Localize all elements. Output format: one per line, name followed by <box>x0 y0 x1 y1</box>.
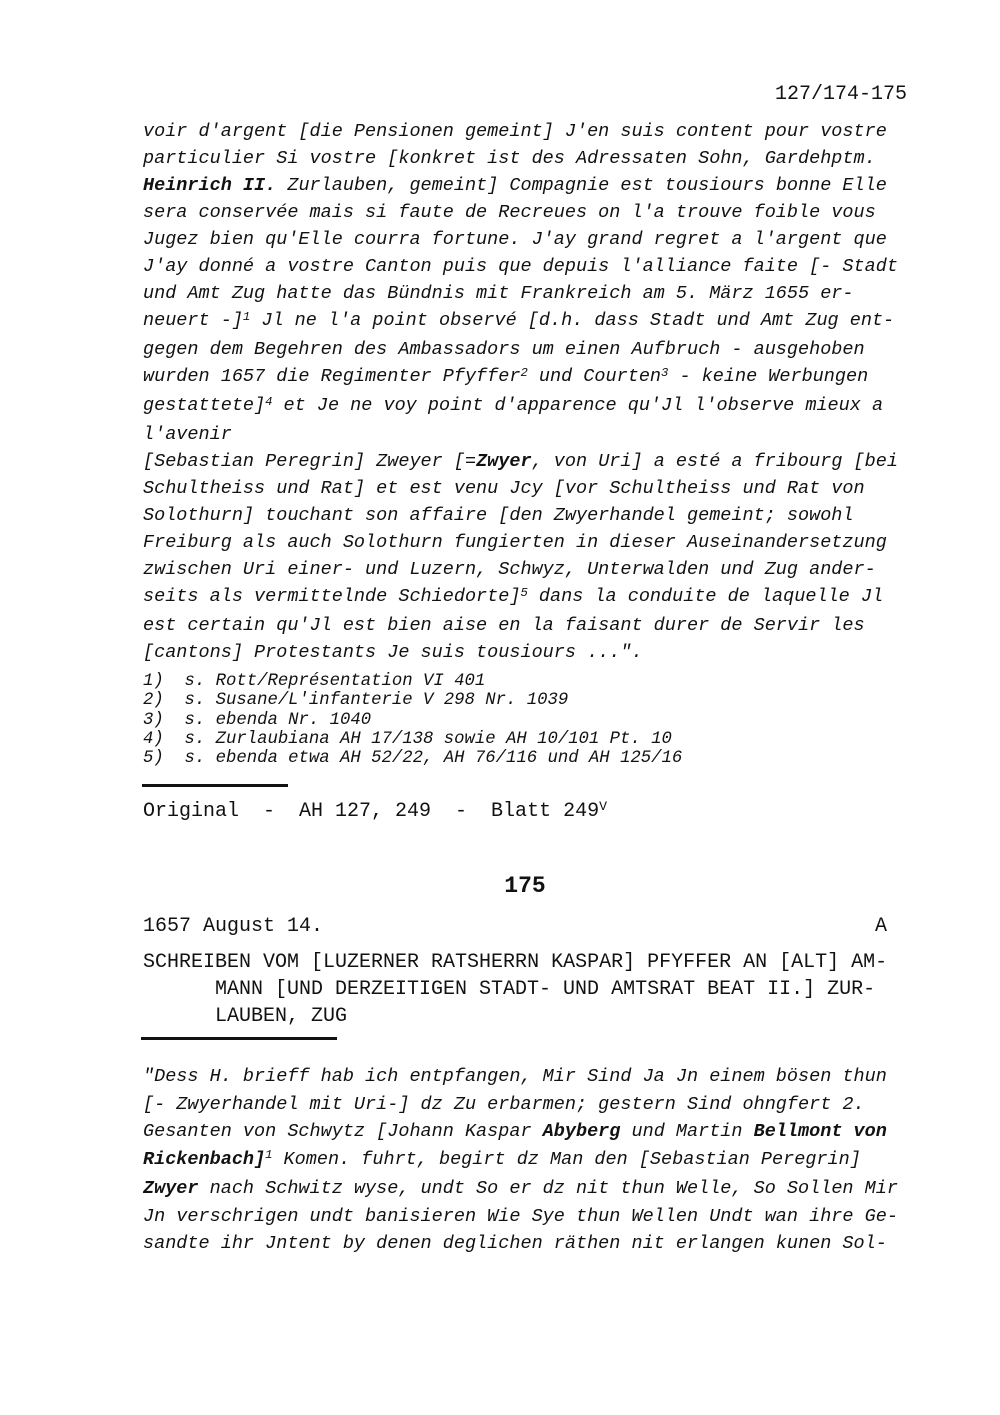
text-segment: Zwyer <box>476 451 532 472</box>
footnote-separator-rule <box>142 784 288 787</box>
text-segment: [- Zwyerhandel mit Uri-] dz Zu erbarmen;… <box>143 1094 865 1115</box>
text-segment: voir d'argent [die Pensionen gemeint] J'… <box>143 121 887 142</box>
entry-title-line: LAUBEN, ZUG <box>143 1003 887 1030</box>
footnote-ref: 1 <box>243 310 250 324</box>
text-segment: , von Uri] a esté a fribourg [bei <box>532 451 898 472</box>
quote-line: "Dess H. brieff hab ich entpfangen, Mir … <box>143 1063 898 1091</box>
footnote-ref: 2 <box>520 366 527 380</box>
entry-date-row: 1657 August 14. A <box>143 915 887 939</box>
text-segment: neuert -] <box>143 310 243 331</box>
text-segment: Komen. fuhrt, begirt dz Man den [Sebasti… <box>272 1149 860 1170</box>
text-segment: [Sebastian Peregrin] Zweyer [= <box>143 451 476 472</box>
text-segment: dans la conduite de laquelle Jl <box>528 586 883 607</box>
document-page: 127/174-175 voir d'argent [die Pensionen… <box>0 0 1000 1415</box>
text-segment: est certain qu'Jl est bien aise en la fa… <box>143 615 865 636</box>
body-line: est certain qu'Jl est bien aise en la fa… <box>143 612 898 639</box>
body-line: particulier Si vostre [konkret ist des A… <box>143 145 898 172</box>
text-segment: - keine Werbungen <box>668 366 868 387</box>
text-segment: Freiburg als auch Solothurn fungierten i… <box>143 532 887 553</box>
entry-title-line: MANN [UND DERZEITIGEN STADT- UND AMTSRAT… <box>143 976 887 1003</box>
text-segment: 2) s. Susane/L'infanterie V 298 Nr. 1039 <box>143 691 568 710</box>
body-line: J'ay donné a vostre Canton puis que depu… <box>143 253 898 280</box>
quote-line: Rickenbach]1 Komen. fuhrt, begirt dz Man… <box>143 1146 898 1176</box>
text-segment: Abyberg <box>543 1121 621 1142</box>
text-segment: und Amt Zug hatte das Bündnis mit Frankr… <box>143 283 854 304</box>
body-line: Heinrich II. Zurlauben, gemeint] Compagn… <box>143 172 898 199</box>
text-segment: und Martin <box>620 1121 753 1142</box>
text-segment: sandte ihr Jntent by denen deglichen rät… <box>143 1233 887 1254</box>
text-segment: Gesanten von Schwytz [Johann Kaspar <box>143 1121 543 1142</box>
entry-series-marker: A <box>875 915 887 939</box>
body-line: gegen dem Begehren des Ambassadors um ei… <box>143 336 898 363</box>
entry-title-line: SCHREIBEN VOM [LUZERNER RATSHERRN KASPAR… <box>143 949 887 976</box>
text-segment: gestattete] <box>143 395 265 416</box>
text-segment: 1) s. Rott/Représentation VI 401 <box>143 672 485 691</box>
entry-number: 175 <box>143 874 907 898</box>
letter-174-footnotes: 1) s. Rott/Représentation VI 4012) s. Su… <box>143 672 682 768</box>
text-segment: 4) s. Zurlaubiana AH 17/138 sowie AH 10/… <box>143 730 672 749</box>
quote-line: sandte ihr Jntent by denen deglichen rät… <box>143 1230 898 1258</box>
text-segment: MANN [UND DERZEITIGEN STADT- UND AMTSRAT… <box>215 978 875 1001</box>
page-header-folio: 127/174-175 <box>775 85 907 105</box>
footnote-ref: 5 <box>520 586 527 600</box>
body-line: sera conservée mais si faute de Recreues… <box>143 199 898 226</box>
text-segment: nach Schwitz wyse, undt So er dz nit thu… <box>199 1178 898 1199</box>
text-segment: Zwyer <box>143 1178 199 1199</box>
footnote-ref: V <box>599 799 607 814</box>
text-segment: wurden 1657 die Regimenter Pfyffer <box>143 366 520 387</box>
text-segment: Jugez bien qu'Elle courra fortune. J'ay … <box>143 229 887 250</box>
body-line: voir d'argent [die Pensionen gemeint] J'… <box>143 118 898 145</box>
body-line: wurden 1657 die Regimenter Pfyffer2 und … <box>143 363 898 392</box>
letter-174-body: voir d'argent [die Pensionen gemeint] J'… <box>143 118 898 666</box>
text-segment: 5) s. ebenda etwa AH 52/22, AH 76/116 un… <box>143 749 682 768</box>
body-line: zwischen Uri einer- und Luzern, Schwyz, … <box>143 556 898 583</box>
footnote-ref: 4 <box>265 395 272 409</box>
quote-line: Jn verschrigen undt banisieren Wie Sye t… <box>143 1203 898 1231</box>
body-line: und Amt Zug hatte das Bündnis mit Frankr… <box>143 280 898 307</box>
footnote-line: 2) s. Susane/L'infanterie V 298 Nr. 1039 <box>143 691 682 710</box>
text-segment: sera conservée mais si faute de Recreues… <box>143 202 876 223</box>
text-segment: [cantons] Protestants Je suis tousiours … <box>143 642 643 663</box>
text-segment: Original - AH 127, 249 - Blatt 249 <box>143 800 599 823</box>
footnote-ref: 1 <box>265 1148 272 1162</box>
text-segment: Schultheiss und Rat] et est venu Jcy [vo… <box>143 478 865 499</box>
body-line: Schultheiss und Rat] et est venu Jcy [vo… <box>143 475 898 502</box>
body-line: [Sebastian Peregrin] Zweyer [=Zwyer, von… <box>143 448 898 475</box>
footnote-line: 4) s. Zurlaubiana AH 17/138 sowie AH 10/… <box>143 730 682 749</box>
entry-date: 1657 August 14. <box>143 915 323 939</box>
text-segment: LAUBEN, ZUG <box>215 1005 347 1028</box>
text-segment: particulier Si vostre [konkret ist des A… <box>143 148 876 169</box>
body-line: l'avenir <box>143 421 898 448</box>
footnote-line: 1) s. Rott/Représentation VI 401 <box>143 672 682 691</box>
body-line: gestattete]4 et Je ne voy point d'appare… <box>143 392 898 421</box>
quote-line: Zwyer nach Schwitz wyse, undt So er dz n… <box>143 1175 898 1203</box>
quote-line: Gesanten von Schwytz [Johann Kaspar Abyb… <box>143 1118 898 1146</box>
text-segment: zwischen Uri einer- und Luzern, Schwyz, … <box>143 559 876 580</box>
body-line: [cantons] Protestants Je suis tousiours … <box>143 639 898 666</box>
text-segment: "Dess H. brieff hab ich entpfangen, Mir … <box>143 1066 887 1087</box>
text-segment: und Courten <box>528 366 661 387</box>
body-line: neuert -]1 Jl ne l'a point observé [d.h.… <box>143 307 898 336</box>
text-segment: SCHREIBEN VOM [LUZERNER RATSHERRN KASPAR… <box>143 951 887 974</box>
text-segment: Rickenbach] <box>143 1149 265 1170</box>
text-segment: Jn verschrigen undt banisieren Wie Sye t… <box>143 1206 898 1227</box>
text-segment: Zurlauben, gemeint] Compagnie est tousio… <box>276 175 887 196</box>
source-line: Original - AH 127, 249 - Blatt 249V <box>143 800 607 825</box>
text-segment: et Je ne voy point d'apparence qu'Jl l'o… <box>272 395 883 416</box>
footnote-line: 3) s. ebenda Nr. 1040 <box>143 711 682 730</box>
text-segment: seits als vermittelnde Schiedorte] <box>143 586 520 607</box>
text-segment: Heinrich II. <box>143 175 276 196</box>
text-segment: Jl ne l'a point observé [d.h. dass Stadt… <box>250 310 894 331</box>
text-segment: Solothurn] touchant son affaire [den Zwy… <box>143 505 854 526</box>
quote-line: [- Zwyerhandel mit Uri-] dz Zu erbarmen;… <box>143 1091 898 1119</box>
body-line: Freiburg als auch Solothurn fungierten i… <box>143 529 898 556</box>
body-line: Jugez bien qu'Elle courra fortune. J'ay … <box>143 226 898 253</box>
body-line: Solothurn] touchant son affaire [den Zwy… <box>143 502 898 529</box>
footnote-line: 5) s. ebenda etwa AH 52/22, AH 76/116 un… <box>143 749 682 768</box>
entry-175-quote: "Dess H. brieff hab ich entpfangen, Mir … <box>143 1063 898 1258</box>
text-segment: Bellmont von <box>754 1121 887 1142</box>
body-line: seits als vermittelnde Schiedorte]5 dans… <box>143 583 898 612</box>
text-segment: 3) s. ebenda Nr. 1040 <box>143 711 371 730</box>
title-separator-rule <box>141 1037 337 1040</box>
text-segment: l'avenir <box>143 424 232 445</box>
text-segment: gegen dem Begehren des Ambassadors um ei… <box>143 339 865 360</box>
text-segment: J'ay donné a vostre Canton puis que depu… <box>143 256 898 277</box>
footnote-ref: 3 <box>661 366 668 380</box>
entry-title: SCHREIBEN VOM [LUZERNER RATSHERRN KASPAR… <box>143 949 887 1030</box>
letter-174-source-reference: Original - AH 127, 249 - Blatt 249V <box>143 800 607 825</box>
